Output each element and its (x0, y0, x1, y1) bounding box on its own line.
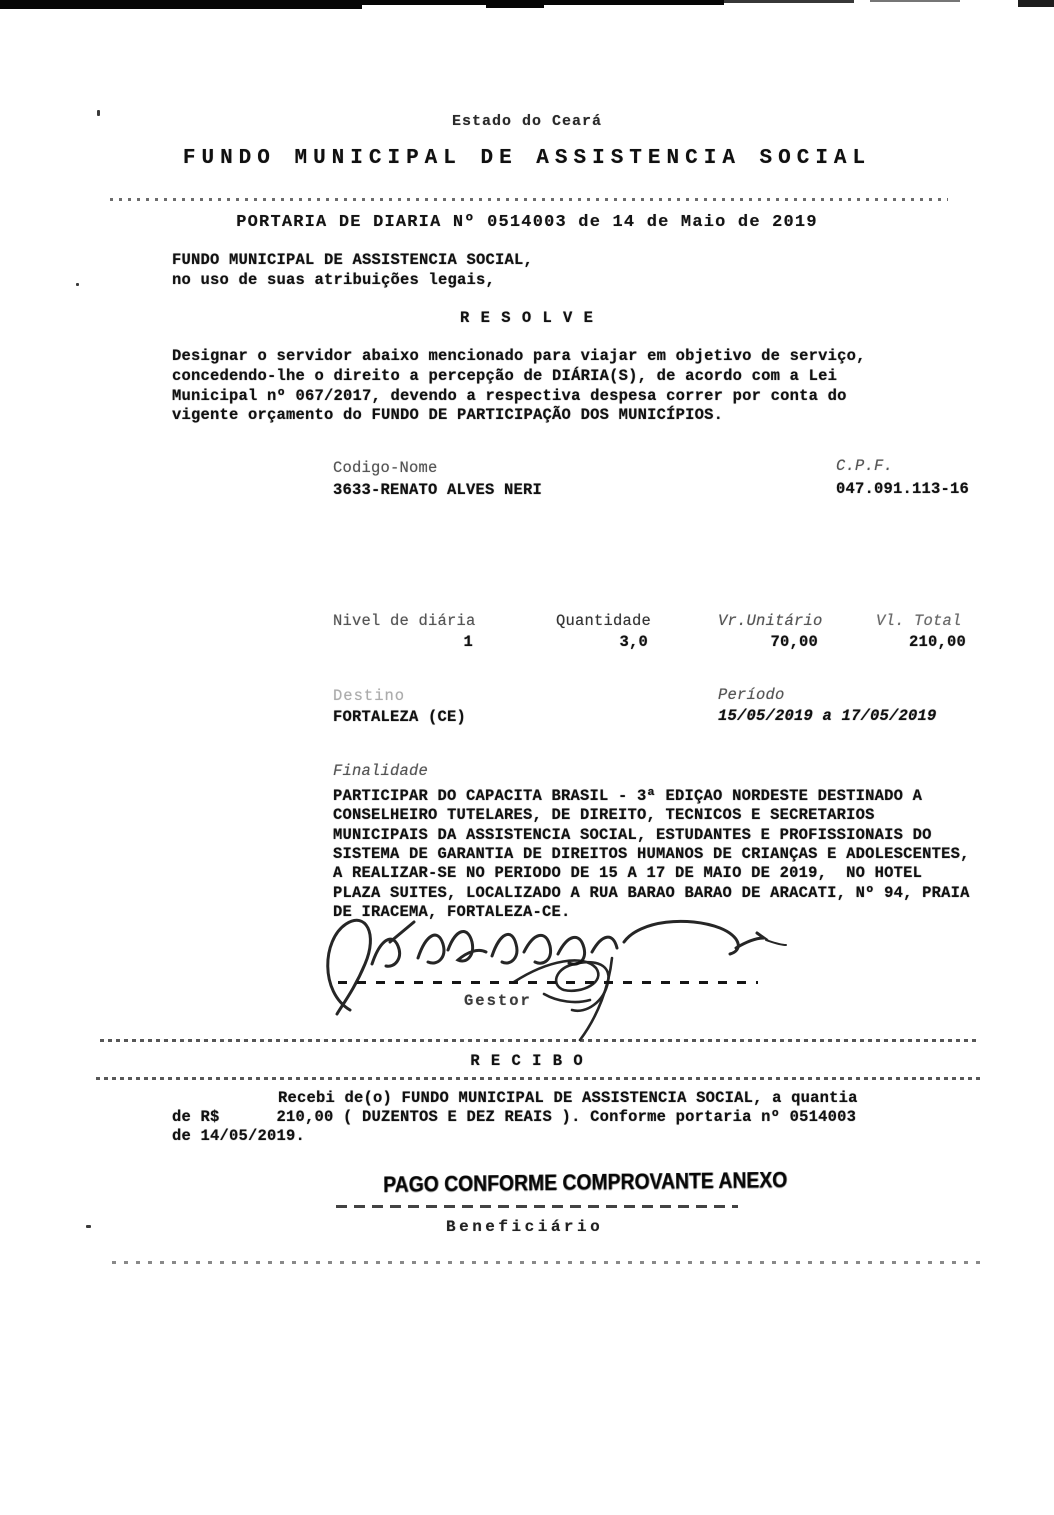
destination-value: FORTALEZA (CE) (333, 708, 466, 727)
scan-artifact-top-strip (362, 0, 492, 5)
cell-level: 1 (333, 633, 473, 652)
organization-title: FUNDO MUNICIPAL DE ASSISTENCIA SOCIAL (0, 149, 1054, 168)
paid-stamp: PAGO CONFORME COMPROVANTE ANEXO (383, 1167, 787, 1198)
col-header-level: Nivel de diária (333, 612, 476, 631)
scan-artifact-top-strip (1018, 0, 1054, 7)
cpf-label: C.P.F. (836, 457, 893, 476)
resolve-body-line: Designar o servidor abaixo mencionado pa… (172, 347, 866, 366)
receipt-line: Recebi de(o) FUNDO MUNICIPAL DE ASSISTEN… (278, 1089, 858, 1108)
purpose-line: A REALIZAR-SE NO PERIODO DE 15 A 17 DE M… (333, 864, 922, 883)
resolve-body-line: Municipal nº 067/2017, devendo a respect… (172, 387, 847, 406)
state-title: Estado do Ceará (0, 112, 1054, 131)
purpose-line: CONSELHEIRO TUTELARES, DE DIREITO, TECNI… (333, 806, 875, 825)
resolve-heading: R E S O L V E (0, 309, 1054, 328)
handwritten-signature (308, 906, 798, 1046)
dotted-separator (110, 198, 948, 201)
purpose-line: PLAZA SUITES, LOCALIZADO A RUA BARAO BAR… (333, 884, 970, 903)
cell-unit-value: 70,00 (718, 633, 818, 652)
purpose-line: SISTEMA DE GARANTIA DE DIREITOS HUMANOS … (333, 845, 970, 864)
receipt-line: de R$ 210,00 ( DUZENTOS E DEZ REAIS ). C… (172, 1108, 856, 1127)
servant-code-name: 3633-RENATO ALVES NERI (333, 481, 542, 500)
receipt-line: de 14/05/2019. (172, 1127, 305, 1146)
scan-artifact-top-strip (870, 0, 960, 2)
scanned-document-page: Estado do Ceará FUNDO MUNICIPAL DE ASSIS… (0, 0, 1054, 1515)
period-value: 15/05/2019 a 17/05/2019 (718, 707, 937, 726)
signer-role-label: Gestor (464, 992, 532, 1011)
resolve-body-line: concedendo-lhe o direito a percepção de … (172, 367, 837, 386)
scan-artifact-top-strip (486, 0, 544, 8)
cell-total-value: 210,00 (866, 633, 966, 652)
beneficiary-signature-line (336, 1205, 738, 1208)
scan-artifact-top-strip (544, 0, 724, 5)
purpose-line: PARTICIPAR DO CAPACITA BRASIL - 3ª EDIÇA… (333, 787, 922, 806)
code-name-label: Codigo-Nome (333, 459, 438, 478)
scan-artifact-speck (76, 283, 79, 286)
col-header-total: Vl. Total (876, 612, 962, 631)
resolve-body-line: vigente orçamento do FUNDO DE PARTICIPAÇ… (172, 406, 723, 425)
dotted-separator (112, 1261, 986, 1264)
destination-label: Destino (333, 687, 405, 706)
scan-artifact-speck (86, 1225, 91, 1228)
dotted-separator (100, 1039, 980, 1042)
purpose-label: Finalidade (333, 762, 428, 781)
dotted-separator (96, 1077, 984, 1080)
scan-artifact-top-strip (0, 0, 362, 9)
portaria-title: PORTARIA DE DIARIA Nº 0514003 de 14 de M… (0, 213, 1054, 232)
receipt-heading: R E C I B O (0, 1052, 1054, 1071)
preamble-line: no uso de suas atribuições legais, (172, 271, 495, 290)
period-label: Período (718, 686, 785, 705)
col-header-quantity: Quantidade (556, 612, 651, 631)
preamble-line: FUNDO MUNICIPAL DE ASSISTENCIA SOCIAL, (172, 251, 533, 270)
col-header-unit: Vr.Unitário (718, 612, 823, 631)
cpf-value: 047.091.113-16 (836, 480, 969, 499)
beneficiary-label: Beneficiário (446, 1218, 603, 1237)
cell-quantity: 3,0 (556, 633, 648, 652)
purpose-line: MUNICIPAIS DA ASSISTENCIA SOCIAL, ESTUDA… (333, 826, 932, 845)
scan-artifact-top-strip (724, 0, 854, 3)
